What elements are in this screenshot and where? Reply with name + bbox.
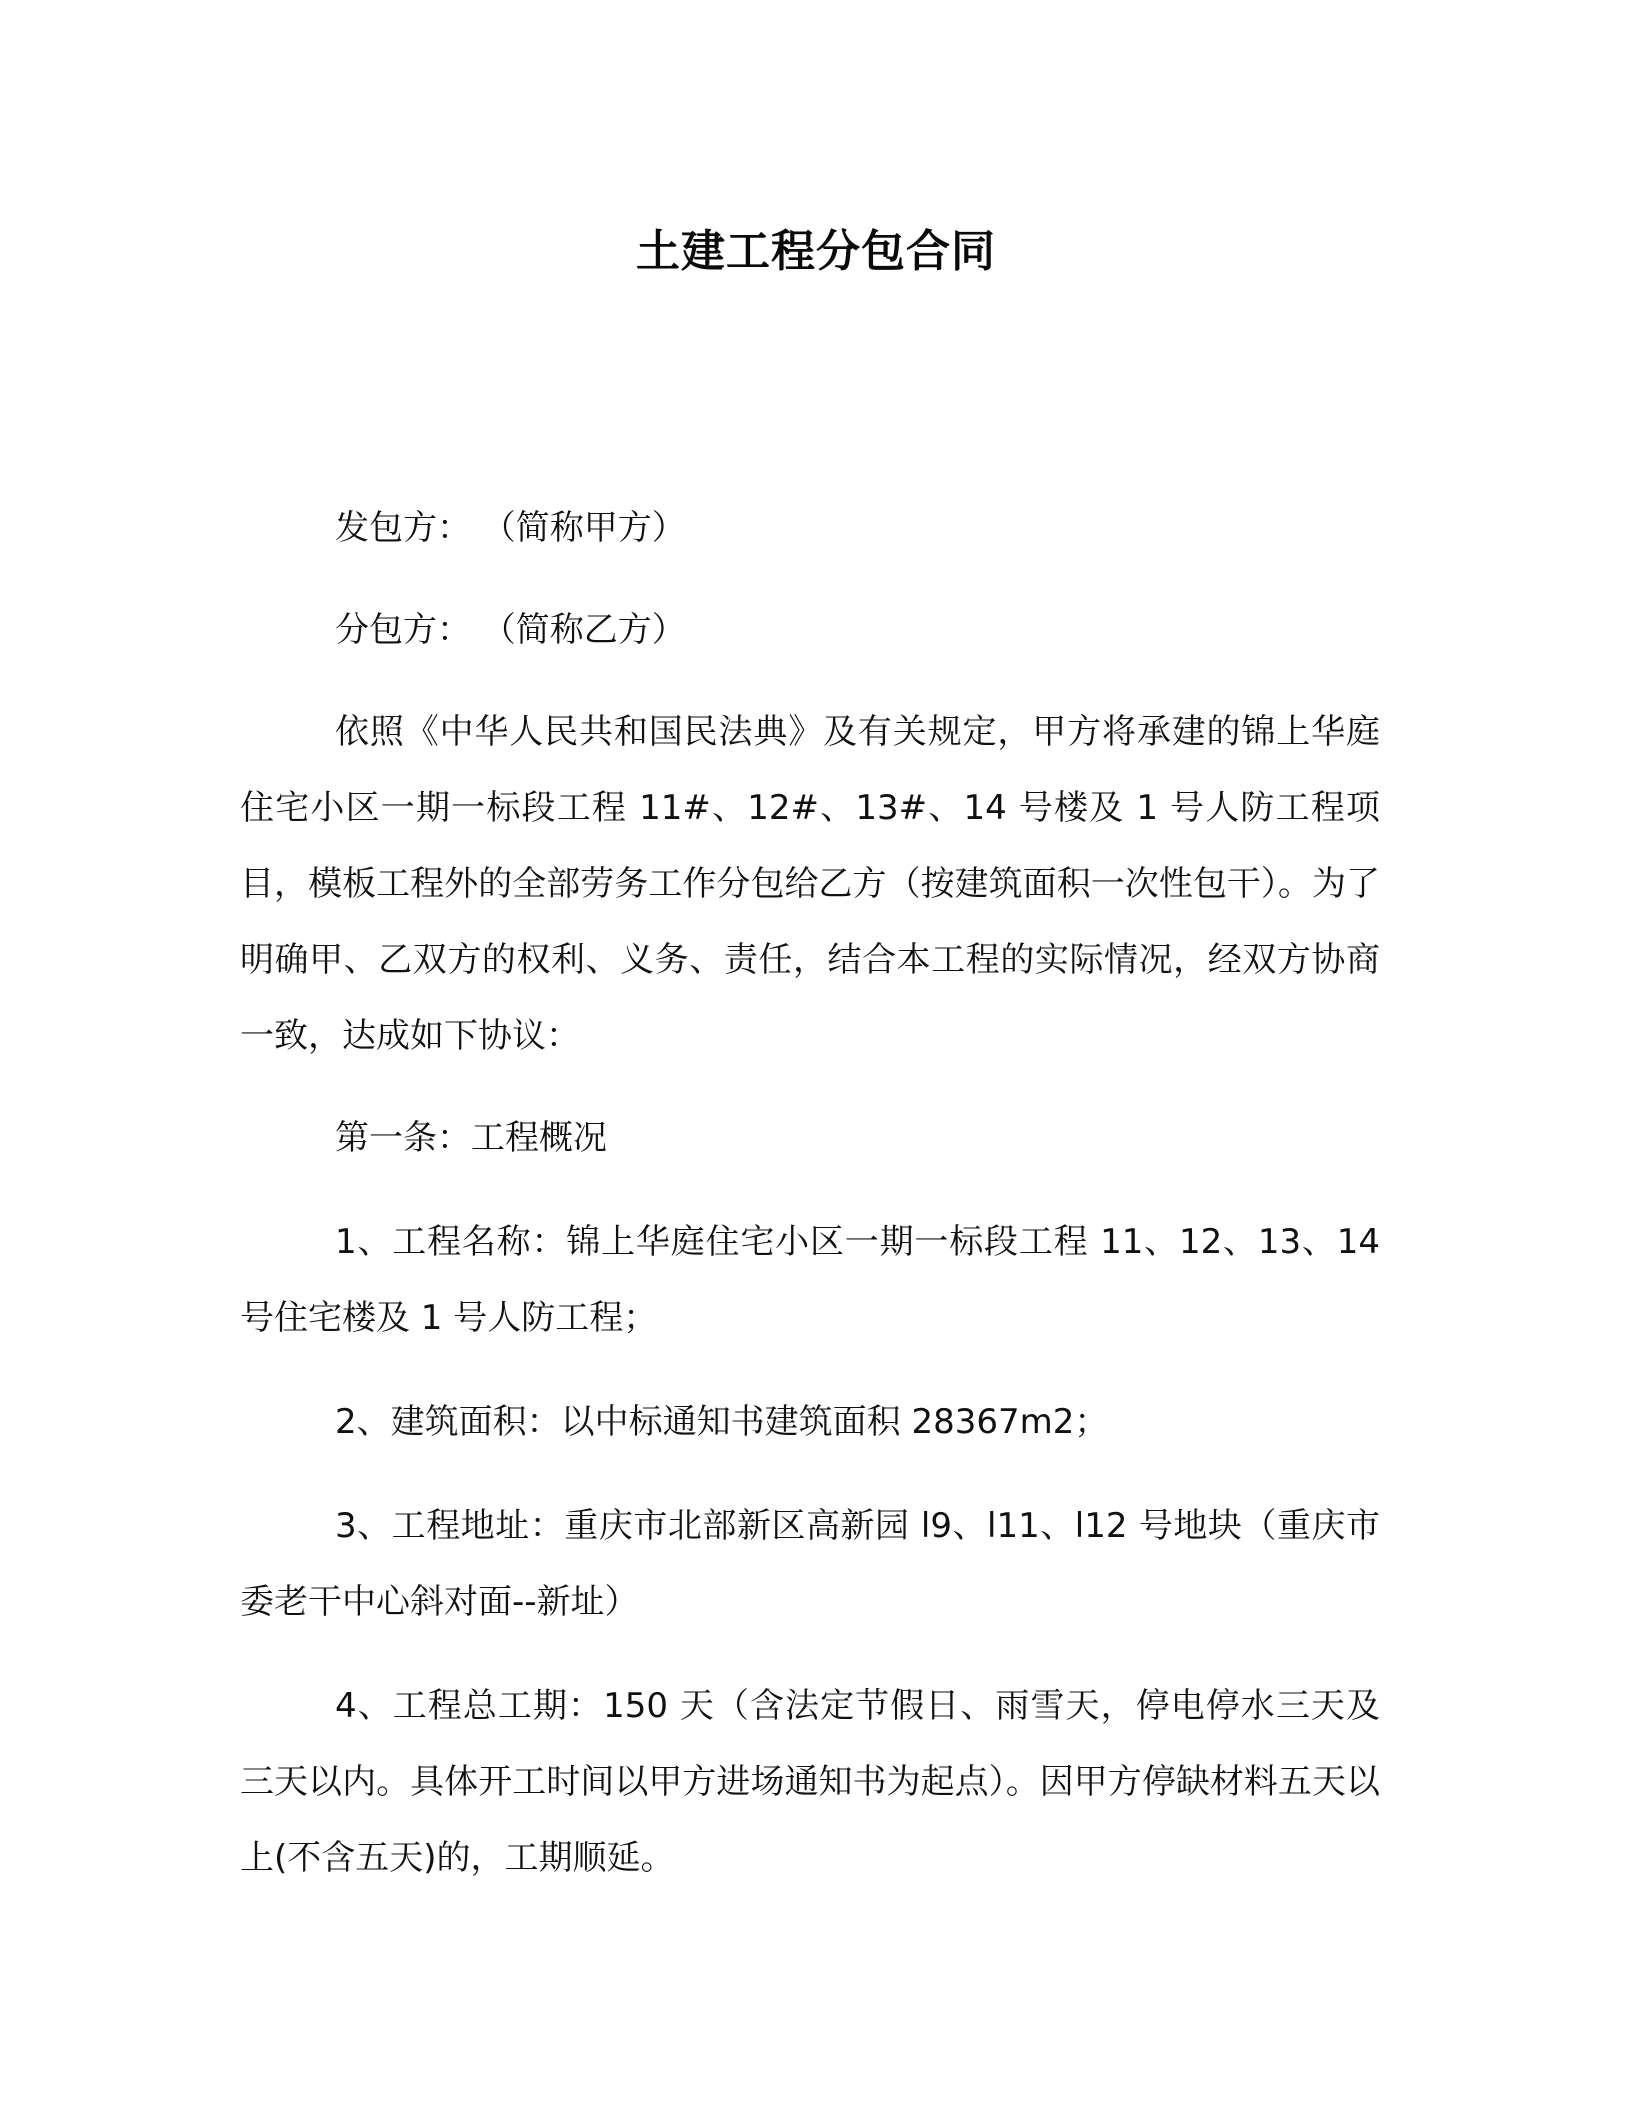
document-body: 发包方： （简称甲方） 分包方： （简称乙方） 依照《中华人民共和国民法典》及有… [240, 490, 1380, 1896]
article-1-item-2: 2、建筑面积：以中标通知书建筑面积 28367m2； [240, 1384, 1380, 1460]
article-1-item-1: 1、工程名称：锦上华庭住宅小区一期一标段工程 11、12、13、14 号住宅楼及… [240, 1204, 1380, 1356]
article-1-heading: 第一条：工程概况 [240, 1100, 1380, 1176]
party-employer: 发包方： （简称甲方） [240, 490, 1380, 566]
article-1-item-3: 3、工程地址：重庆市北部新区高新园 l9、l11、l12 号地块（重庆市委老干中… [240, 1488, 1380, 1640]
article-1-item-4: 4、工程总工期：150 天（含法定节假日、雨雪天，停电停水三天及三天以内。具体开… [240, 1668, 1380, 1896]
party-subcontractor: 分包方： （简称乙方） [240, 592, 1380, 668]
preamble-paragraph: 依照《中华人民共和国民法典》及有关规定，甲方将承建的锦上华庭住宅小区一期一标段工… [240, 694, 1380, 1074]
document-title: 土建工程分包合同 [0, 222, 1632, 282]
document-page: 土建工程分包合同 发包方： （简称甲方） 分包方： （简称乙方） 依照《中华人民… [0, 0, 1632, 2112]
